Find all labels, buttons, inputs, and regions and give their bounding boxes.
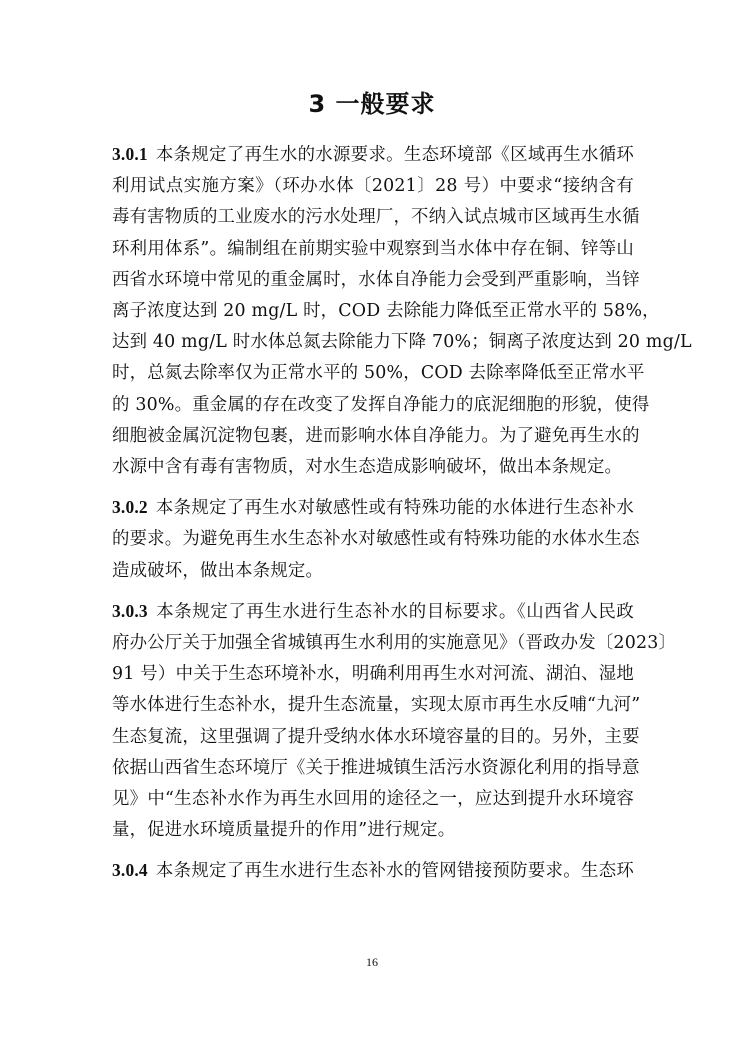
text-line: 西省水环境中常见的重金属时，水体自净能力会受到严重影响，当锌 <box>112 265 634 296</box>
text-line: 本条规定了再生水的水源要求。生态环境部《区域再生水循环 <box>156 145 634 165</box>
text-line: 本条规定了再生水进行生态补水的目标要求。《山西省人民政 <box>156 602 634 622</box>
text-line: 见》中“生态补水作为再生水回用的途径之一，应达到提升水环境容 <box>112 784 634 815</box>
document-body: 3.0.1本条规定了再生水的水源要求。生态环境部《区域再生水循环 利用试点实施方… <box>112 139 634 897</box>
clause-number: 3.0.1 <box>112 144 148 164</box>
clause-3-0-2: 3.0.2本条规定了再生水对敏感性或有特殊功能的水体进行生态补水 的要求。为避免… <box>112 492 634 587</box>
clause-3-0-1: 3.0.1本条规定了再生水的水源要求。生态环境部《区域再生水循环 利用试点实施方… <box>112 139 634 483</box>
text-line: 时，总氮去除率仅为正常水平的 50%，COD 去除率降低至正常水平 <box>112 358 634 389</box>
text-line: 环利用体系”。编制组在前期实验中观察到当水体中存在铜、锌等山 <box>112 234 634 265</box>
text-line: 水源中含有毒有害物质，对水生态造成影响破坏，做出本条规定。 <box>112 452 634 483</box>
text-line: 本条规定了再生水进行生态补水的管网错接预防要求。生态环 <box>156 861 634 881</box>
text-line: 等水体进行生态补水，提升生态流量，实现太原市再生水反哺“九河” <box>112 690 634 721</box>
text-line: 的要求。为避免再生水生态补水对敏感性或有特殊功能的水体水生态 <box>112 524 634 555</box>
clause-number: 3.0.3 <box>112 601 148 621</box>
clause-number: 3.0.4 <box>112 860 148 880</box>
text-line: 91 号）中关于生态环境补水，明确利用再生水对河流、湖泊、湿地 <box>112 659 634 690</box>
text-line: 依据山西省生态环境厅《关于推进城镇生活污水资源化利用的指导意 <box>112 753 634 784</box>
clause-3-0-4: 3.0.4本条规定了再生水进行生态补水的管网错接预防要求。生态环 <box>112 855 634 887</box>
text-line: 毒有害物质的工业废水的污水处理厂，不纳入试点城市区域再生水循 <box>112 202 634 233</box>
page-number: 16 <box>0 955 744 970</box>
text-line: 细胞被金属沉淀物包裹，进而影响水体自净能力。为了避免再生水的 <box>112 421 634 452</box>
text-line: 造成破坏，做出本条规定。 <box>112 556 634 587</box>
clause-number: 3.0.2 <box>112 497 148 517</box>
text-line: 的 30%。重金属的存在改变了发挥自净能力的底泥细胞的形貌，使得 <box>112 390 634 421</box>
text-line: 本条规定了再生水对敏感性或有特殊功能的水体进行生态补水 <box>156 498 634 518</box>
clause-3-0-3: 3.0.3本条规定了再生水进行生态补水的目标要求。《山西省人民政 府办公厅关于加… <box>112 596 634 847</box>
section-heading: 3 一般要求 <box>0 84 744 119</box>
text-line: 府办公厅关于加强全省城镇再生水利用的实施意见》（晋政办发〔2023〕 <box>112 628 634 659</box>
text-line: 离子浓度达到 20 mg/L 时，COD 去除能力降低至正常水平的 58%， <box>112 296 634 327</box>
text-line: 利用试点实施方案》（环办水体〔2021〕28 号）中要求“接纳含有 <box>112 171 634 202</box>
text-line: 量，促进水环境质量提升的作用”进行规定。 <box>112 815 634 846</box>
text-line: 达到 40 mg/L 时水体总氮去除能力下降 70%；铜离子浓度达到 20 mg… <box>112 327 634 358</box>
text-line: 生态复流，这里强调了提升受纳水体水环境容量的目的。另外，主要 <box>112 722 634 753</box>
